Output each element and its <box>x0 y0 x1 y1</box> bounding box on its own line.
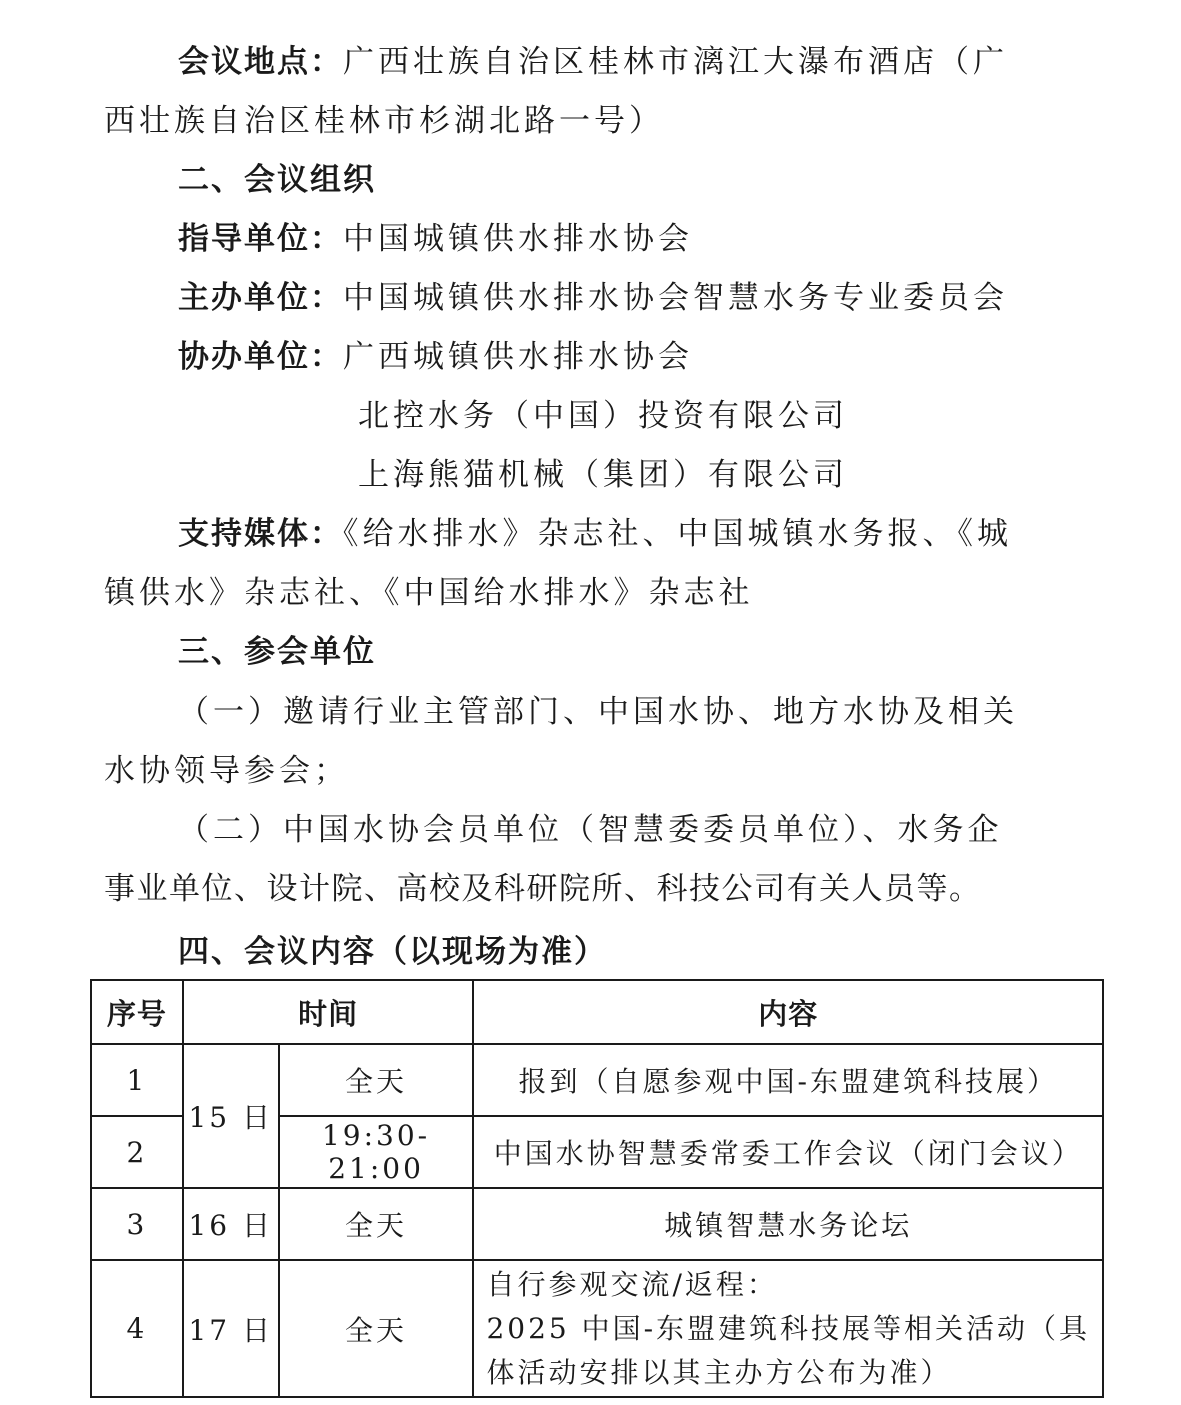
media-label: 支持媒体： <box>178 516 343 552</box>
venue-value-1: 广西壮族自治区桂林市漓江大瀑布酒店（广 <box>343 44 1008 80</box>
host-unit: 主办单位：中国城镇供水排水协会智慧水务专业委员会 <box>178 278 1008 318</box>
row-content: 中国水协智慧委常委工作会议（闭门会议） <box>473 1116 1103 1188</box>
section4-title: 四、会议内容（以现场为准） <box>178 932 607 972</box>
header-time: 时间 <box>183 980 474 1044</box>
row-content-line: 体活动安排以其主办方公布为准） <box>486 1351 1102 1395</box>
row-time: 19:30-21:00 <box>279 1116 474 1188</box>
venue-line-1: 会议地点：广西壮族自治区桂林市漓江大瀑布酒店（广 <box>178 42 1008 82</box>
row-time: 全天 <box>279 1188 474 1260</box>
table-row: 4 17 日 全天 自行参观交流/返程： 2025 中国-东盟建筑科技展等相关活… <box>91 1260 1103 1397</box>
table-row: 3 16 日 全天 城镇智慧水务论坛 <box>91 1188 1103 1260</box>
row-content-line: 自行参观交流/返程： <box>486 1263 1102 1307</box>
cohost-unit: 协办单位：广西城镇供水排水协会 <box>178 337 693 377</box>
row-content: 自行参观交流/返程： 2025 中国-东盟建筑科技展等相关活动（具 体活动安排以… <box>473 1260 1103 1397</box>
row-no: 3 <box>91 1188 183 1260</box>
agenda-table: 序号 时间 内容 1 15 日 全天 报到（自愿参观中国-东盟建筑科技展） 2 … <box>90 979 1104 1398</box>
media-line-2: 镇供水》杂志社、《中国给水排水》杂志社 <box>104 573 754 613</box>
agenda-header-row: 序号 时间 内容 <box>91 980 1103 1044</box>
venue-label: 会议地点： <box>178 44 343 80</box>
cohost-value-1: 广西城镇供水排水协会 <box>343 339 693 375</box>
row-date: 17 日 <box>183 1260 279 1397</box>
cohost-label: 协办单位： <box>178 339 343 375</box>
media-line-1: 支持媒体：《给水排水》杂志社、中国城镇水务报、《城 <box>178 514 1012 554</box>
row-content: 城镇智慧水务论坛 <box>473 1188 1103 1260</box>
guide-unit: 指导单位：中国城镇供水排水协会 <box>178 219 693 259</box>
row-date: 15 日 <box>183 1044 279 1188</box>
header-content: 内容 <box>473 980 1103 1044</box>
row-no: 1 <box>91 1044 183 1116</box>
row-time: 全天 <box>279 1260 474 1397</box>
cohost-value-3: 上海熊猫机械（集团）有限公司 <box>358 455 848 495</box>
host-value: 中国城镇供水排水协会智慧水务专业委员会 <box>343 280 1008 316</box>
media-value-1: 《给水排水》杂志社、中国城镇水务报、《城 <box>343 516 1012 552</box>
host-label: 主办单位： <box>178 280 343 316</box>
header-no: 序号 <box>91 980 183 1044</box>
row-date: 16 日 <box>183 1188 279 1260</box>
attendee-item1-line2: 水协领导参会； <box>104 751 349 791</box>
row-content-line: 2025 中国-东盟建筑科技展等相关活动（具 <box>486 1307 1102 1351</box>
attendee-item2-line1: （二）中国水协会员单位（智慧委委员单位）、水务企 <box>178 810 1003 850</box>
section3-title: 三、参会单位 <box>178 632 376 672</box>
row-content: 报到（自愿参观中国-东盟建筑科技展） <box>473 1044 1103 1116</box>
table-row: 1 15 日 全天 报到（自愿参观中国-东盟建筑科技展） <box>91 1044 1103 1116</box>
row-no: 2 <box>91 1116 183 1188</box>
guide-label: 指导单位： <box>178 221 343 257</box>
attendee-item2-line2: 事业单位、设计院、高校及科研院所、科技公司有关人员等。 <box>104 869 982 909</box>
section2-title: 二、会议组织 <box>178 160 376 200</box>
row-no: 4 <box>91 1260 183 1397</box>
guide-value: 中国城镇供水排水协会 <box>343 221 693 257</box>
venue-line-2: 西壮族自治区桂林市杉湖北路一号） <box>104 101 664 141</box>
row-time: 全天 <box>279 1044 474 1116</box>
attendee-item1-line1: （一）邀请行业主管部门、中国水协、地方水协及相关 <box>178 692 1018 732</box>
cohost-value-2: 北控水务（中国）投资有限公司 <box>358 396 848 436</box>
